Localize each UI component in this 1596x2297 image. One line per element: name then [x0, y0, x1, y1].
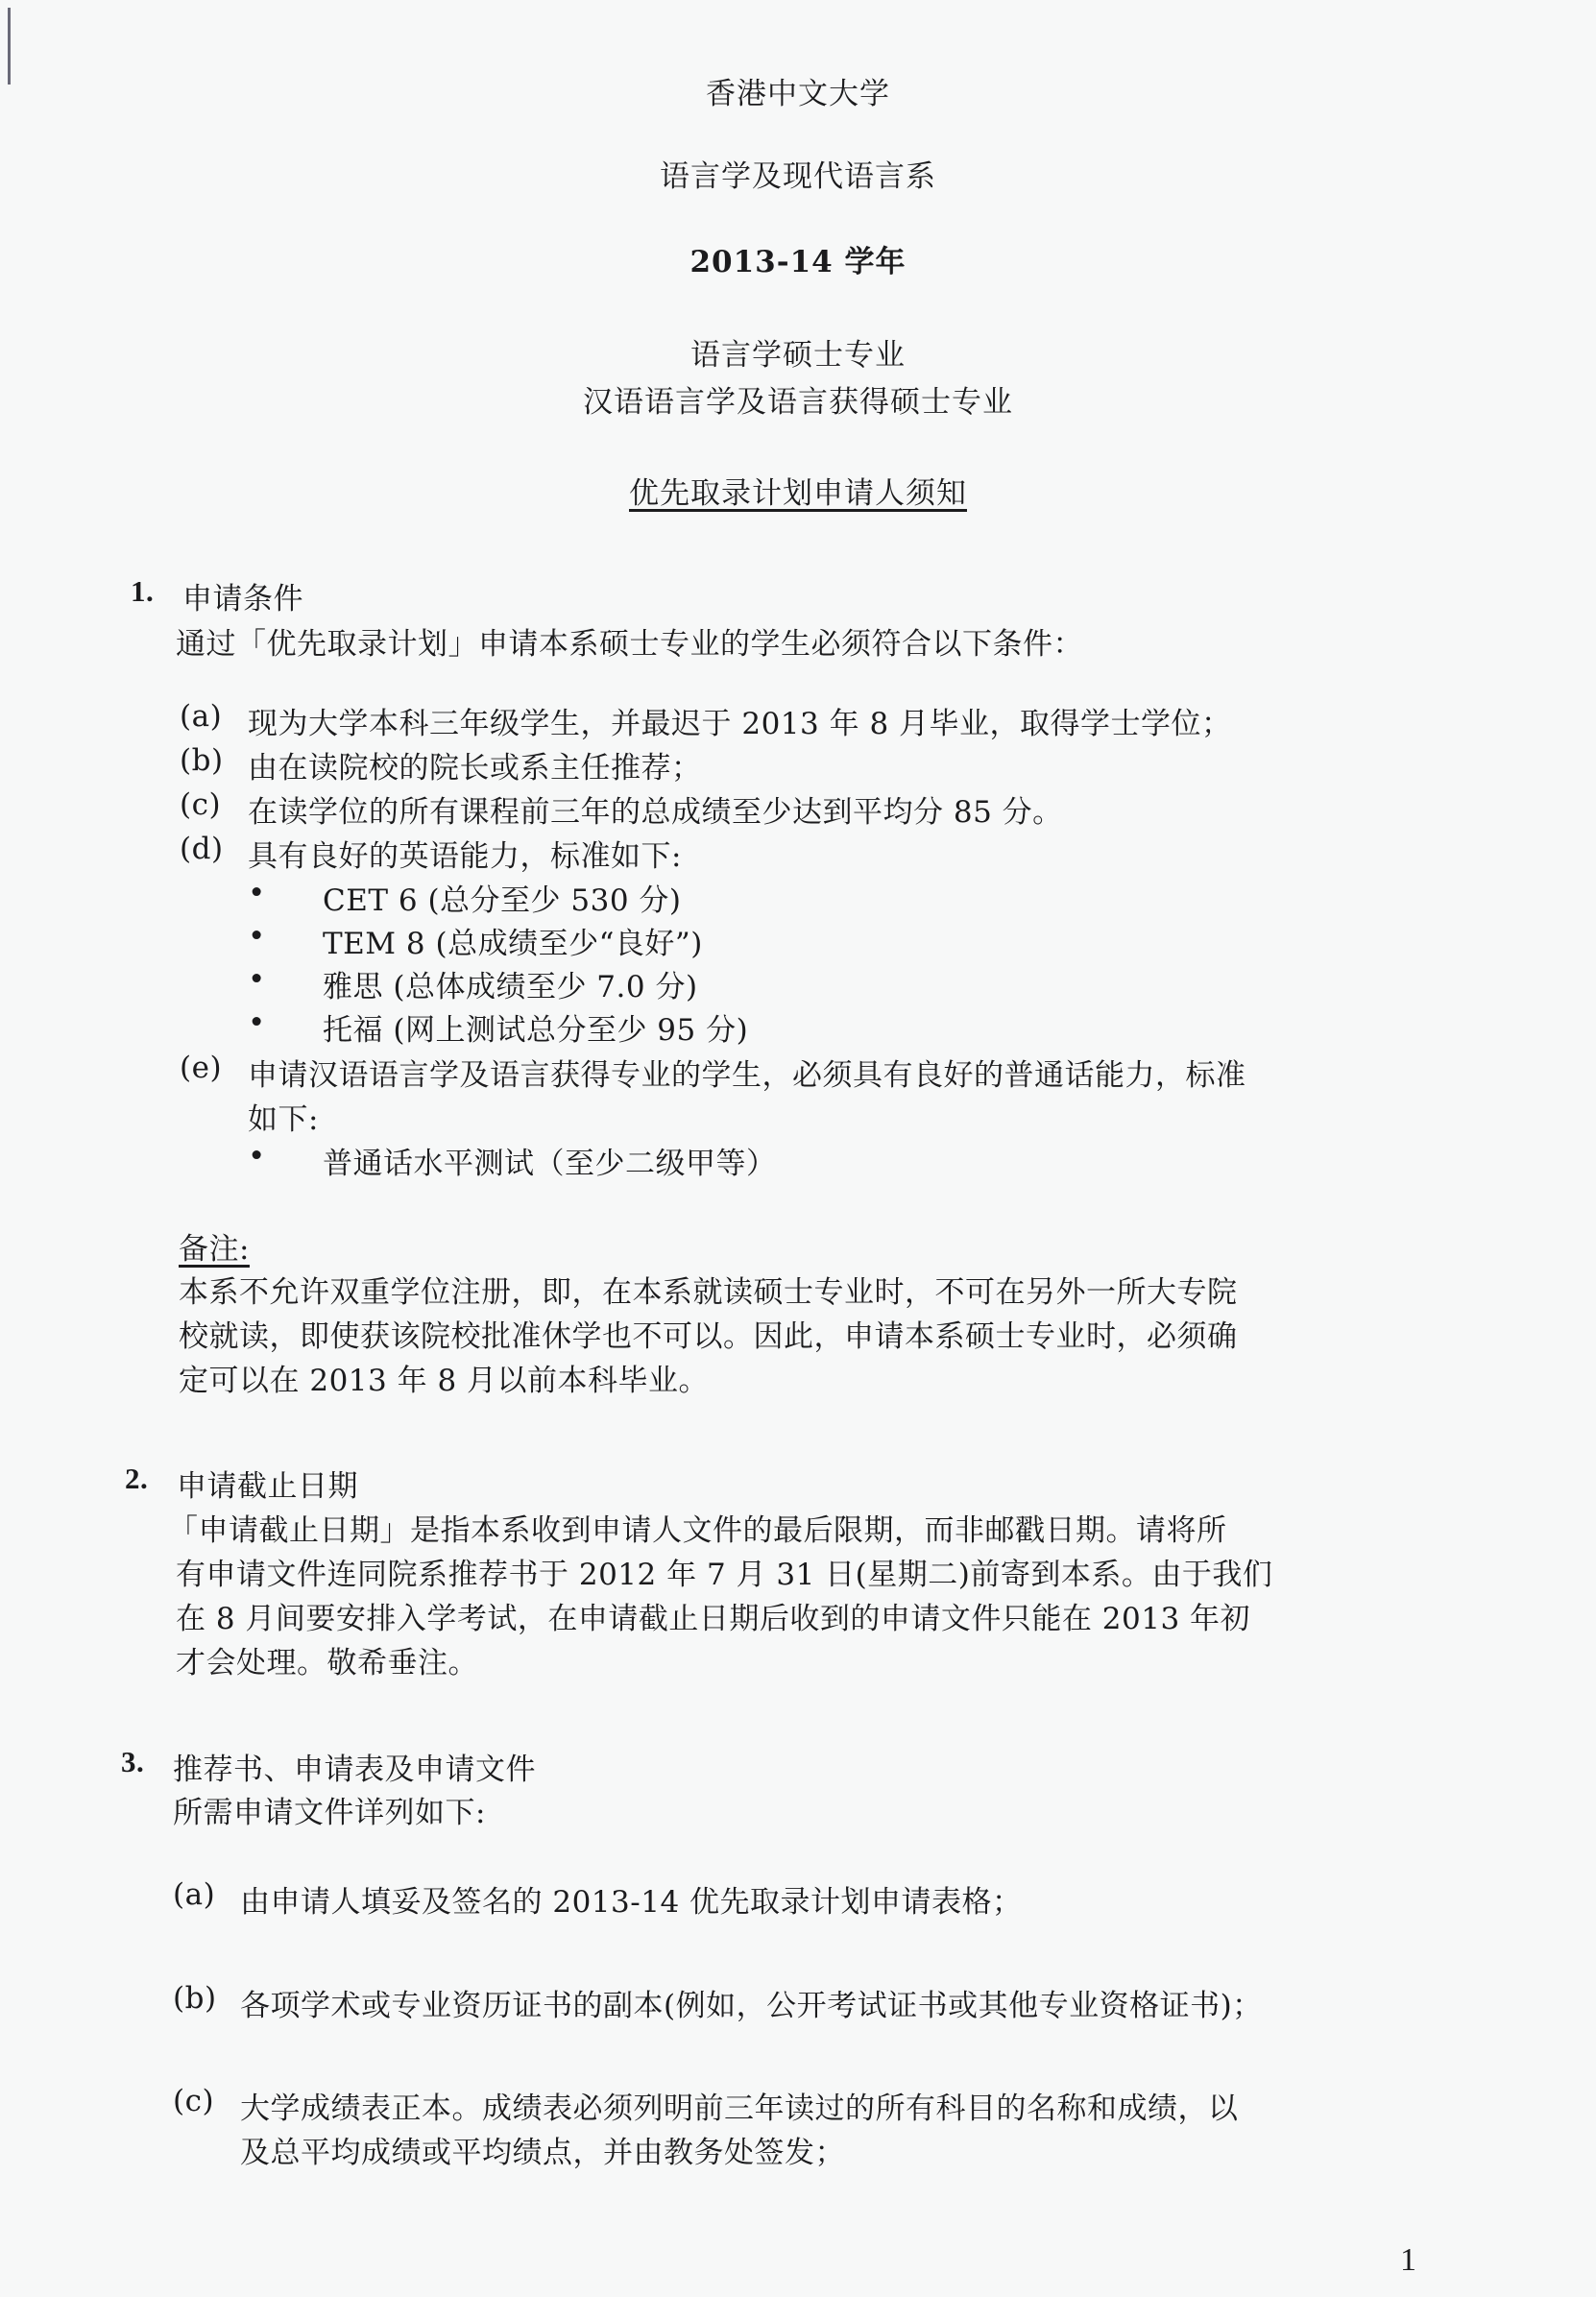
s3-item-text-cont: 及总平均成绩或平均绩点，并由教务处签发；: [240, 2128, 845, 2171]
section2-number: 2.: [125, 1462, 148, 1496]
s1-item-label: (b): [180, 743, 224, 778]
section3-title: 推荐书、申请表及申请文件: [173, 1745, 536, 1788]
bullet-icon: •: [248, 1139, 266, 1173]
s1-item-label: (e): [180, 1051, 222, 1085]
programme-2: 汉语语言学及语言获得硕士专业: [0, 377, 1596, 421]
section2-title: 申请截止日期: [177, 1462, 358, 1505]
page-number: 1: [1400, 2242, 1416, 2279]
bullet-icon: •: [248, 1005, 266, 1040]
university-name: 香港中文大学: [0, 69, 1596, 112]
department-name: 语言学及现代语言系: [0, 152, 1596, 195]
english-bullet: TEM 8 (总成绩至少“良好”): [323, 919, 703, 962]
section1-title: 申请条件: [182, 574, 303, 617]
document-title: 优先取录计划申请人须知: [0, 469, 1596, 512]
academic-year: 2013-14 学年: [0, 237, 1596, 280]
s1-item-text: 在读学位的所有课程前三年的总成绩至少达到平均分 85 分。: [248, 787, 1063, 831]
note-line: 定可以在 2013 年 8 月以前本科毕业。: [179, 1356, 709, 1399]
document-page: 香港中文大学 语言学及现代语言系 2013-14 学年 语言学硕士专业 汉语语言…: [0, 0, 1596, 2297]
note-line: 校就读，即使获该院校批准休学也不可以。因此，申请本系硕士专业时，必须确: [179, 1312, 1238, 1355]
bullet-icon: •: [248, 876, 266, 910]
s3-item-label: (b): [173, 1981, 217, 2016]
english-bullet: CET 6 (总分至少 530 分): [323, 876, 682, 919]
bullet-icon: •: [248, 919, 266, 954]
s1-item-label: (d): [180, 832, 224, 866]
section2-line: 在 8 月间要安排入学考试，在申请截止日期后收到的申请文件只能在 2013 年初: [176, 1594, 1250, 1637]
section1-number: 1.: [131, 574, 154, 609]
s1-item-text: 具有良好的英语能力，标准如下:: [248, 832, 682, 875]
note-label: 备注:: [179, 1224, 250, 1268]
section3-intro: 所需申请文件详列如下:: [173, 1788, 486, 1831]
note-line: 本系不允许双重学位注册，即，在本系就读硕士专业时，不可在另外一所大专院: [179, 1268, 1238, 1311]
s1-item-label: (a): [180, 699, 222, 734]
s1-item-text: 申请汉语语言学及语言获得专业的学生，必须具有良好的普通话能力，标准: [248, 1051, 1246, 1094]
bullet-icon: •: [248, 962, 266, 997]
programme-1: 语言学硕士专业: [0, 330, 1596, 374]
english-bullet: 托福 (网上测试总分至少 95 分): [323, 1005, 748, 1049]
putonghua-bullet: 普通话水平测试（至少二级甲等）: [323, 1139, 777, 1182]
s1-item-text-cont: 如下:: [248, 1095, 319, 1138]
section2-line: 有申请文件连同院系推荐书于 2012 年 7 月 31 日(星期二)前寄到本系。…: [176, 1550, 1272, 1593]
english-bullet: 雅思 (总体成绩至少 7.0 分): [323, 962, 698, 1005]
s3-item-label: (a): [173, 1877, 215, 1912]
s3-item-text: 大学成绩表正本。成绩表必须列明前三年读过的所有科目的名称和成绩，以: [240, 2084, 1239, 2127]
section3-number: 3.: [121, 1745, 144, 1779]
s3-item-label: (c): [173, 2084, 214, 2118]
s1-item-text: 由在读院校的院长或系主任推荐；: [248, 743, 702, 786]
section2-line: 才会处理。敬希垂注。: [176, 1638, 478, 1681]
s3-item-text: 各项学术或专业资历证书的副本(例如，公开考试证书或其他专业资格证书)；: [240, 1981, 1263, 2024]
s1-item-text: 现为大学本科三年级学生，并最迟于 2013 年 8 月毕业，取得学士学位；: [248, 699, 1232, 742]
s1-item-label: (c): [180, 787, 221, 822]
s3-item-text: 由申请人填妥及签名的 2013-14 优先取录计划申请表格；: [240, 1877, 1023, 1921]
section1-intro: 通过「优先取录计划」申请本系硕士专业的学生必须符合以下条件：: [176, 619, 1083, 663]
section2-line: 「申请截止日期」是指本系收到申请人文件的最后限期，而非邮戳日期。请将所: [168, 1506, 1227, 1549]
